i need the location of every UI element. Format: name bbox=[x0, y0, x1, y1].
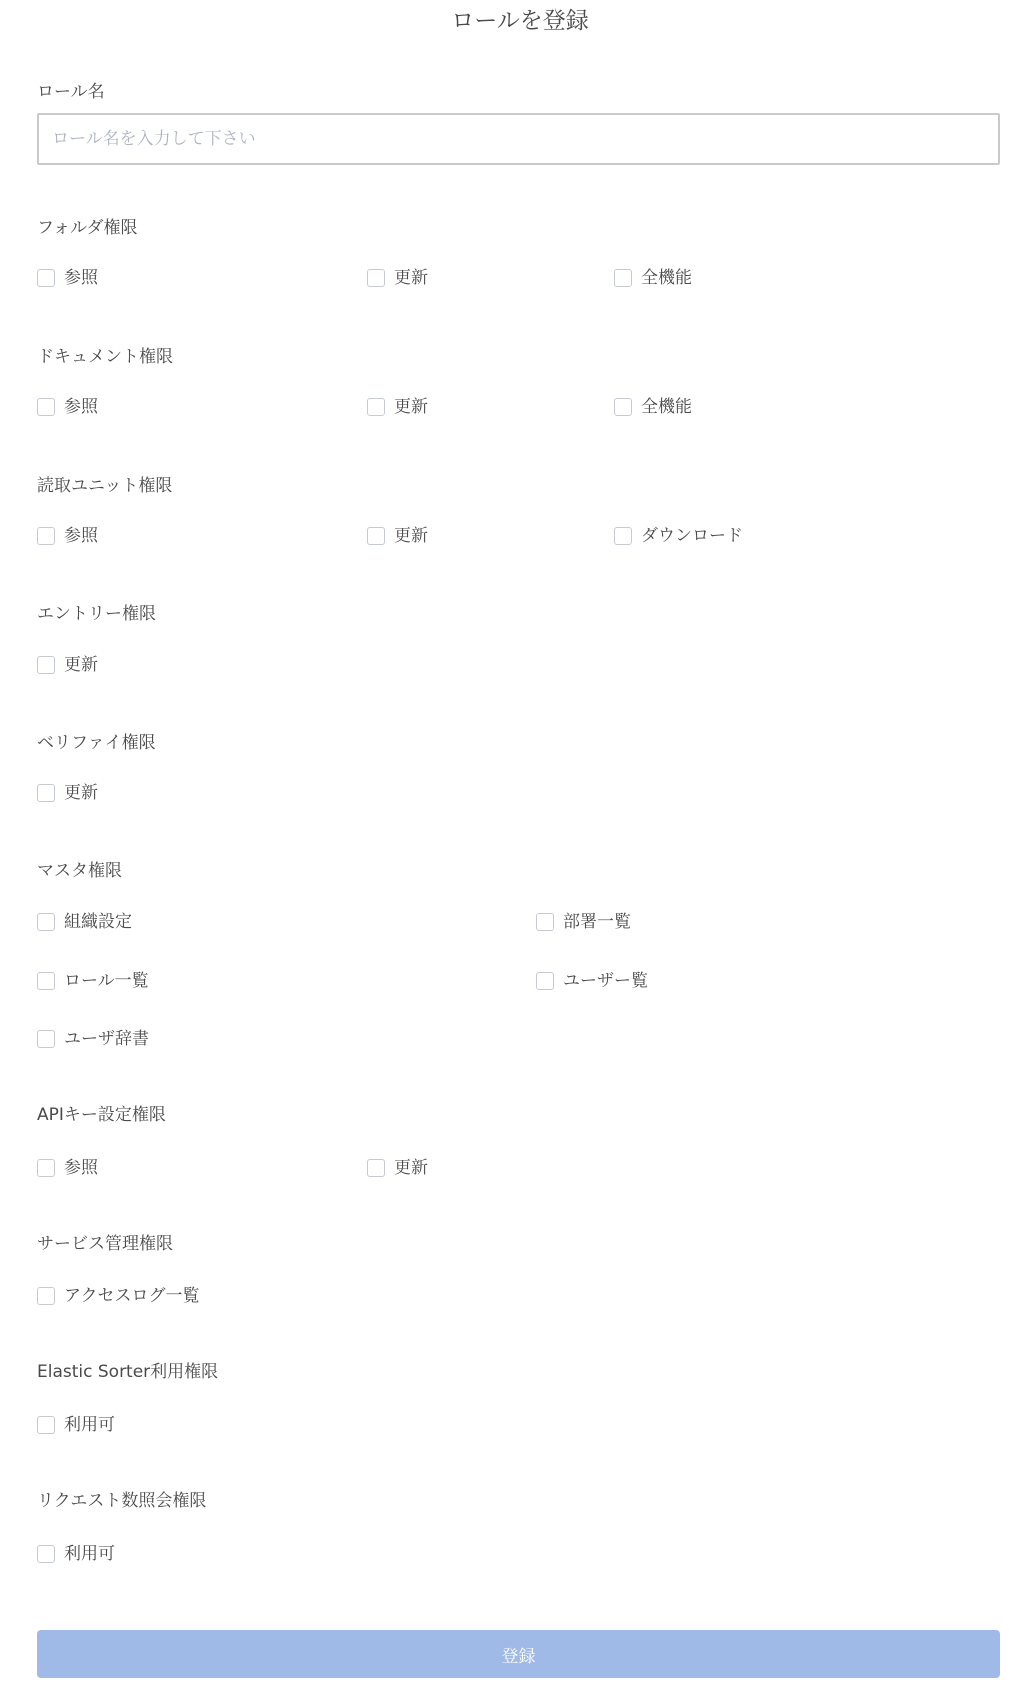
checkbox-master-org-settings[interactable]: 組織設定 bbox=[37, 910, 132, 934]
checkbox-icon[interactable] bbox=[614, 269, 632, 287]
checkbox-document-full[interactable]: 全機能 bbox=[614, 395, 692, 419]
checkbox-icon[interactable] bbox=[37, 1287, 55, 1305]
checkbox-master-user-dictionary[interactable]: ユーザ辞書 bbox=[37, 1027, 149, 1051]
checkbox-icon[interactable] bbox=[367, 527, 385, 545]
checkbox-folder-update[interactable]: 更新 bbox=[367, 266, 428, 290]
checkbox-icon[interactable] bbox=[37, 656, 55, 674]
section-heading-entry: エントリー権限 bbox=[37, 603, 156, 625]
role-name-label: ロール名 bbox=[37, 81, 105, 103]
section-heading-elastic-sorter: Elastic Sorter利用権限 bbox=[37, 1361, 218, 1383]
checkbox-master-department-list[interactable]: 部署一覧 bbox=[536, 910, 631, 934]
checkbox-icon[interactable] bbox=[614, 527, 632, 545]
checkbox-icon[interactable] bbox=[37, 1030, 55, 1048]
checkbox-master-role-list[interactable]: ロール一覧 bbox=[37, 969, 149, 993]
checkbox-icon[interactable] bbox=[614, 398, 632, 416]
checkbox-icon[interactable] bbox=[37, 398, 55, 416]
checkbox-read-unit-update[interactable]: 更新 bbox=[367, 524, 428, 548]
checkbox-icon[interactable] bbox=[37, 913, 55, 931]
page-title: ロールを登録 bbox=[0, 6, 1026, 36]
section-heading-api-key: APIキー設定権限 bbox=[37, 1104, 166, 1126]
checkbox-read-unit-view[interactable]: 参照 bbox=[37, 524, 98, 548]
section-heading-read-unit: 読取ユニット権限 bbox=[37, 475, 172, 497]
checkbox-icon[interactable] bbox=[37, 972, 55, 990]
checkbox-master-user-list[interactable]: ユーザー覧 bbox=[536, 969, 648, 993]
checkbox-folder-view[interactable]: 参照 bbox=[37, 266, 98, 290]
checkbox-api-key-view[interactable]: 参照 bbox=[37, 1156, 98, 1180]
checkbox-icon[interactable] bbox=[536, 913, 554, 931]
section-heading-master: マスタ権限 bbox=[37, 860, 122, 882]
checkbox-icon[interactable] bbox=[367, 398, 385, 416]
register-button[interactable]: 登録 bbox=[37, 1630, 1000, 1678]
checkbox-read-unit-download[interactable]: ダウンロード bbox=[614, 524, 743, 548]
checkbox-icon[interactable] bbox=[37, 784, 55, 802]
checkbox-verify-update[interactable]: 更新 bbox=[37, 781, 98, 805]
checkbox-icon[interactable] bbox=[536, 972, 554, 990]
checkbox-document-view[interactable]: 参照 bbox=[37, 395, 98, 419]
checkbox-icon[interactable] bbox=[37, 1416, 55, 1434]
checkbox-icon[interactable] bbox=[37, 269, 55, 287]
checkbox-icon[interactable] bbox=[367, 1159, 385, 1177]
section-heading-service-admin: サービス管理権限 bbox=[37, 1233, 173, 1255]
checkbox-service-access-log[interactable]: アクセスログ一覧 bbox=[37, 1284, 200, 1308]
checkbox-folder-full[interactable]: 全機能 bbox=[614, 266, 692, 290]
checkbox-api-key-update[interactable]: 更新 bbox=[367, 1156, 428, 1180]
section-heading-request-count: リクエスト数照会権限 bbox=[37, 1490, 206, 1512]
checkbox-request-count-enabled[interactable]: 利用可 bbox=[37, 1542, 115, 1566]
checkbox-icon[interactable] bbox=[37, 1159, 55, 1177]
section-heading-document: ドキュメント権限 bbox=[37, 346, 173, 368]
checkbox-elastic-sorter-enabled[interactable]: 利用可 bbox=[37, 1413, 115, 1437]
section-heading-folder: フォルダ権限 bbox=[37, 217, 137, 239]
checkbox-entry-update[interactable]: 更新 bbox=[37, 653, 98, 677]
checkbox-icon[interactable] bbox=[367, 269, 385, 287]
checkbox-icon[interactable] bbox=[37, 527, 55, 545]
checkbox-document-update[interactable]: 更新 bbox=[367, 395, 428, 419]
role-name-input[interactable] bbox=[37, 113, 1000, 165]
checkbox-icon[interactable] bbox=[37, 1545, 55, 1563]
section-heading-verify: ベリファイ権限 bbox=[37, 732, 156, 754]
